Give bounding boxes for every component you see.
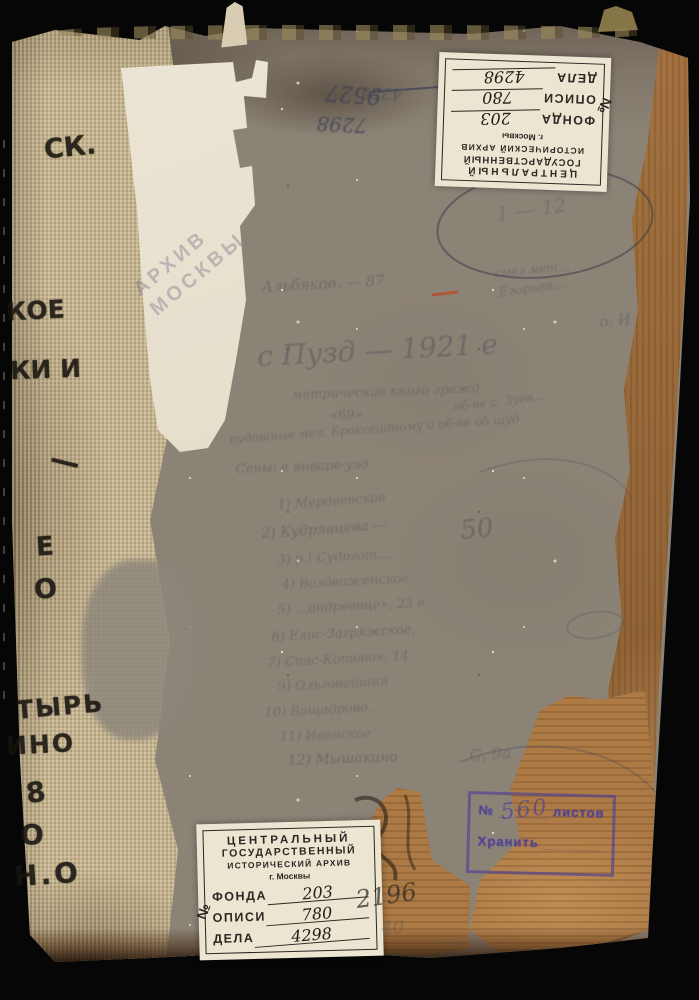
spine-text: КОЕ: [5, 294, 65, 326]
opis-value: 780: [452, 88, 543, 105]
fond-label: ФОНДА: [540, 112, 595, 128]
bottom-number: 40: [381, 916, 405, 939]
archival-cover-photo: АРХИВ МОСКВЫ № ЦЕНТРАЛЬНЫЙ ГОСУДАРСТВЕНН…: [0, 0, 699, 1000]
count-scribble: 560: [499, 795, 550, 825]
archive-stamp-top-frame: № ЦЕНТРАЛЬНЫЙ ГОСУДАРСТВЕННЫЙ ИСТОРИЧЕСК…: [441, 58, 605, 186]
leaf-count-stamp: № листов Хранить 560: [466, 791, 616, 877]
handwriting-line: С, 9а: [469, 743, 512, 765]
inventory-number: 7298: [316, 111, 368, 138]
blank-line: [543, 849, 600, 851]
spine-text: О: [20, 818, 44, 851]
keep-word: Хранить: [478, 833, 539, 850]
opis-row: ОПИСИ 780: [452, 88, 596, 108]
fond-row: ФОНДА 203: [451, 108, 595, 128]
opis-row: ОПИСИ 780: [212, 906, 368, 925]
no-sign: №: [478, 802, 494, 817]
opis-value: 780: [265, 903, 369, 926]
handwriting-line: «69»: [330, 408, 362, 423]
inventory-number: 4256: [361, 84, 402, 104]
spine-text: ИНО: [5, 728, 76, 761]
delo-row: ДЕЛА 4298: [452, 67, 596, 87]
opis-label: ОПИСИ: [542, 91, 596, 107]
delo-label: ДЕЛА: [555, 70, 597, 85]
spine-text: О: [32, 573, 58, 606]
fond-value: 203: [451, 109, 540, 126]
spine-text: СК.: [43, 129, 98, 165]
archive-stamp-top: № ЦЕНТРАЛЬНЫЙ ГОСУДАРСТВЕННЫЙ ИСТОРИЧЕСК…: [435, 52, 612, 192]
handwriting-line: 11) Иванское: [279, 727, 371, 745]
fond-row: ФОНДА 203: [212, 885, 368, 904]
spine-text: Е: [35, 531, 55, 562]
opis-label: ОПИСИ: [213, 910, 267, 925]
delo-value: 4298: [452, 67, 555, 84]
handwriting-line: о. И: [598, 310, 631, 331]
bottom-number: 4296: [429, 936, 466, 954]
archive-stamp-bottom-frame: № ЦЕНТРАЛЬНЫЙ ГОСУДАРСТВЕННЫЙ ИСТОРИЧЕСК…: [202, 826, 377, 954]
handwriting-line: 50: [459, 513, 495, 546]
sheets-word: листов: [553, 804, 605, 820]
fond-label: ФОНДА: [212, 889, 267, 904]
delo-value: 4298: [254, 924, 370, 948]
delo-label: ДЕЛА: [213, 931, 254, 946]
keep-row: Хранить: [478, 833, 604, 851]
stamp-org-line4: г. Москвы: [212, 869, 368, 883]
spine-text: КИ И: [10, 354, 82, 385]
delo-row: ДЕЛА 4298: [213, 927, 369, 946]
spine-text: Н.О: [13, 856, 82, 894]
